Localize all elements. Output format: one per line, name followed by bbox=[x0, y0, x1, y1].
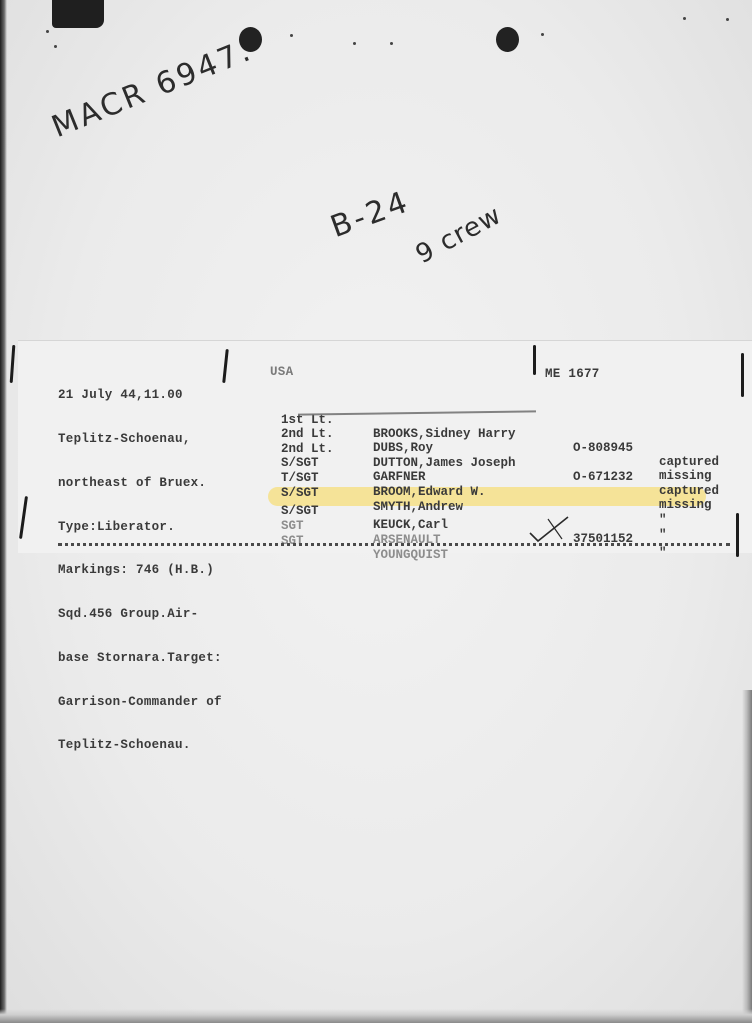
crew-serial: O-671232 bbox=[573, 470, 633, 484]
crew-row: SGT YOUNGQUIST bbox=[281, 520, 326, 534]
incident-line: Teplitz-Schoenau, bbox=[58, 432, 222, 447]
bracket-mark bbox=[741, 353, 744, 397]
crew-row-highlighted: S/SGT KEUCK,Carl 37501152 " bbox=[281, 490, 326, 504]
crew-name: YOUNGQUIST bbox=[373, 548, 448, 562]
scan-edge-right bbox=[742, 690, 752, 1023]
incident-line: Markings: 746 (H.B.) bbox=[58, 563, 222, 578]
strikethrough-line bbox=[298, 410, 536, 415]
incident-line: base Stornara.Target: bbox=[58, 651, 222, 666]
crew-name: BROOKS,Sidney Harry bbox=[373, 427, 516, 441]
crew-name: SMYTH,Andrew bbox=[373, 500, 463, 514]
incident-line: 21 July 44,11.00 bbox=[58, 388, 222, 403]
typed-record-card: 21 July 44,11.00 Teplitz-Schoenau, north… bbox=[18, 340, 752, 553]
crew-status: " bbox=[659, 546, 667, 560]
dust-speck bbox=[46, 30, 49, 33]
crew-name: KEUCK,Carl bbox=[373, 518, 448, 532]
crew-status: captured bbox=[659, 455, 719, 469]
crew-status: missing bbox=[659, 498, 712, 512]
incident-line: northeast of Bruex. bbox=[58, 476, 222, 491]
crew-name: DUTTON,James Joseph bbox=[373, 456, 516, 470]
crew-name: BROOM,Edward W. bbox=[373, 485, 486, 499]
crew-row: 1st Lt. BROOKS,Sidney Harry O-808945 cap… bbox=[281, 399, 326, 413]
scan-edge-bottom bbox=[0, 1009, 752, 1023]
handwritten-aircraft-type: B-24 bbox=[326, 184, 415, 245]
dust-speck bbox=[390, 42, 393, 45]
dust-speck bbox=[726, 18, 729, 21]
dust-speck bbox=[541, 33, 544, 36]
dust-speck bbox=[290, 34, 293, 37]
bracket-mark bbox=[19, 496, 28, 539]
bracket-mark bbox=[533, 345, 536, 375]
crew-row: SGT ARSENAULT bbox=[281, 505, 326, 519]
corner-ink-blot bbox=[52, 0, 104, 28]
highlight-marker bbox=[268, 487, 706, 506]
incident-line: Sqd.456 Group.Air- bbox=[58, 607, 222, 622]
handwritten-crew-count: 9 crew bbox=[411, 200, 507, 270]
crew-status: " bbox=[659, 513, 667, 527]
incident-details: 21 July 44,11.00 Teplitz-Schoenau, north… bbox=[58, 359, 222, 782]
bracket-mark bbox=[222, 349, 229, 383]
handwritten-macr-number: MACR 6947. bbox=[47, 33, 258, 145]
reference-number: ME 1677 bbox=[545, 367, 600, 382]
dust-speck bbox=[683, 17, 686, 20]
crew-name: GARFNER bbox=[373, 470, 426, 484]
crew-status: " bbox=[659, 528, 667, 542]
bracket-mark bbox=[736, 513, 739, 557]
scanned-document-page: MACR 6947. B-24 9 crew 21 July 44,11.00 … bbox=[0, 0, 752, 1023]
crew-name: DUBS,Roy bbox=[373, 441, 433, 455]
punch-hole-right bbox=[496, 27, 519, 52]
crew-serial: O-808945 bbox=[573, 441, 633, 455]
crew-row: S/SGT GARFNER missing bbox=[281, 442, 326, 456]
crew-row: S/SGT SMYTH,Andrew " bbox=[281, 472, 326, 486]
incident-line: Garrison-Commander of bbox=[58, 695, 222, 710]
incident-line: Type:Liberator. bbox=[58, 520, 222, 535]
crew-status: missing bbox=[659, 469, 712, 483]
scan-edge-left bbox=[0, 0, 7, 1023]
handwritten-check-mark bbox=[528, 509, 574, 543]
dotted-rule bbox=[58, 543, 730, 546]
incident-line: Teplitz-Schoenau. bbox=[58, 738, 222, 753]
bracket-mark bbox=[10, 345, 16, 383]
crew-row: T/SGT BROOM,Edward W. " bbox=[281, 457, 326, 471]
dust-speck bbox=[54, 45, 57, 48]
dust-speck bbox=[353, 42, 356, 45]
crew-row: 2nd Lt. DUTTON,James Joseph O-671232 cap… bbox=[281, 428, 326, 442]
nationality: USA bbox=[270, 365, 293, 380]
crew-status: captured bbox=[659, 484, 719, 498]
